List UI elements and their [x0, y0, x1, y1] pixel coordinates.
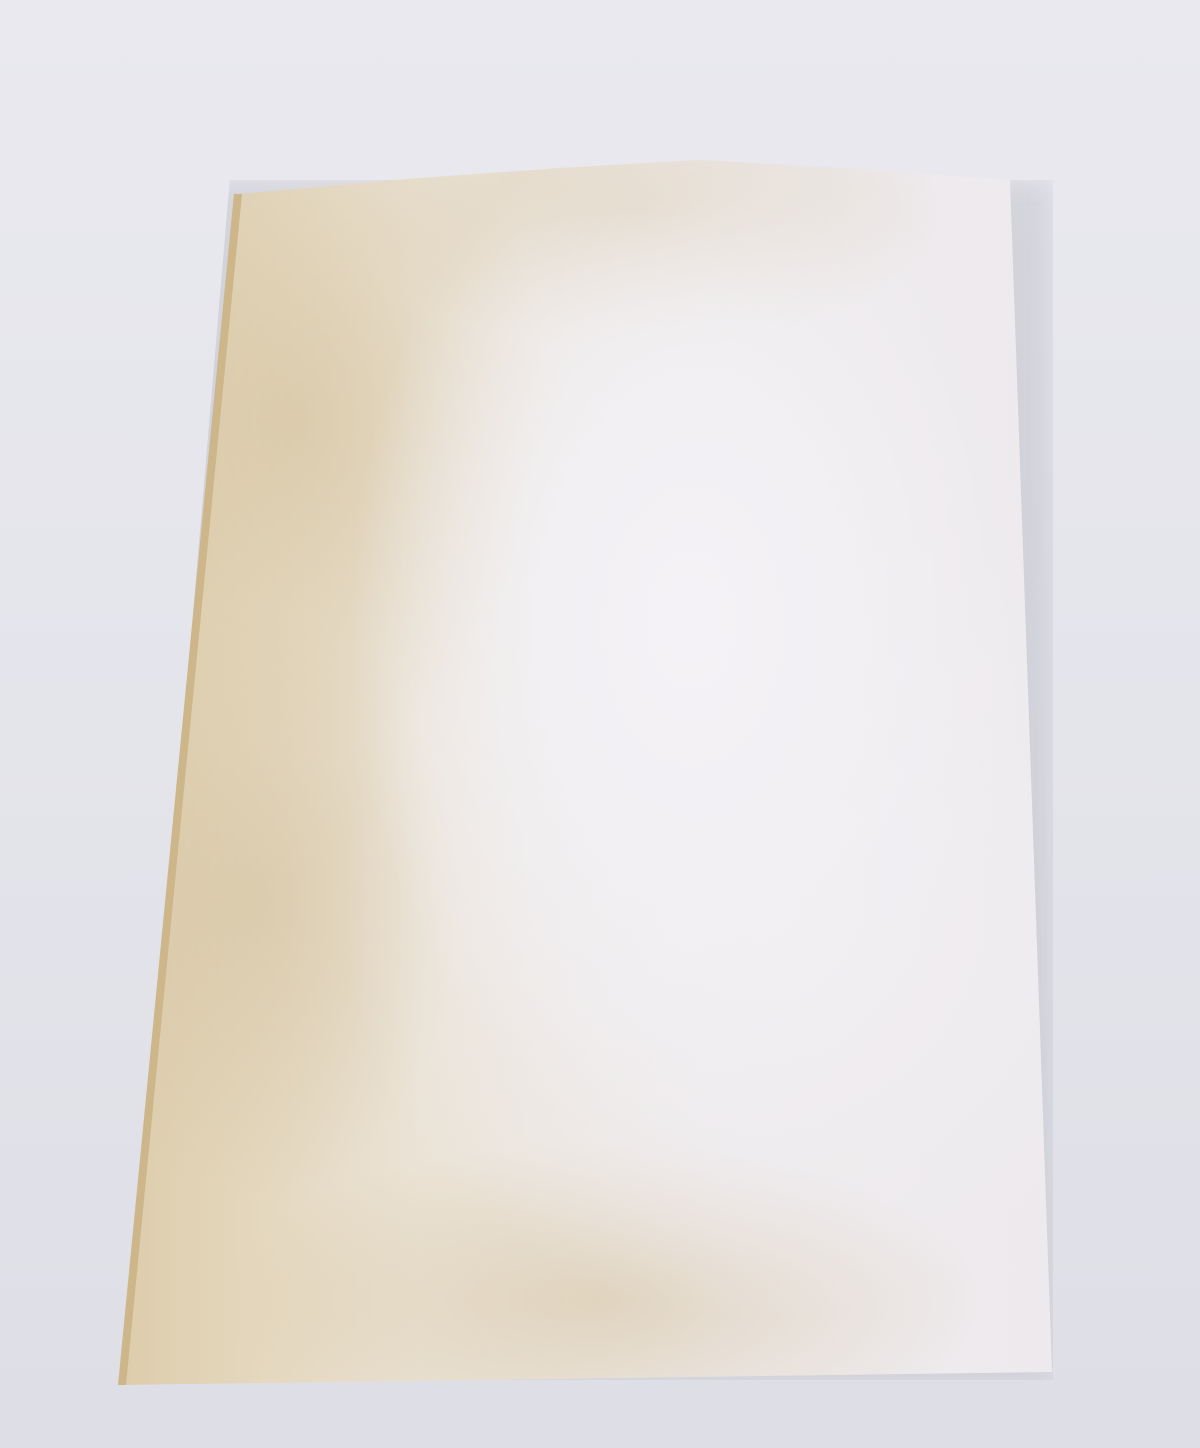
bleed-line [429, 238, 949, 281]
bleed-line [430, 352, 950, 395]
bleed-line [430, 276, 950, 319]
bleed-line [431, 390, 951, 433]
bleed-line [430, 314, 950, 357]
bleed-through-text [429, 238, 951, 433]
